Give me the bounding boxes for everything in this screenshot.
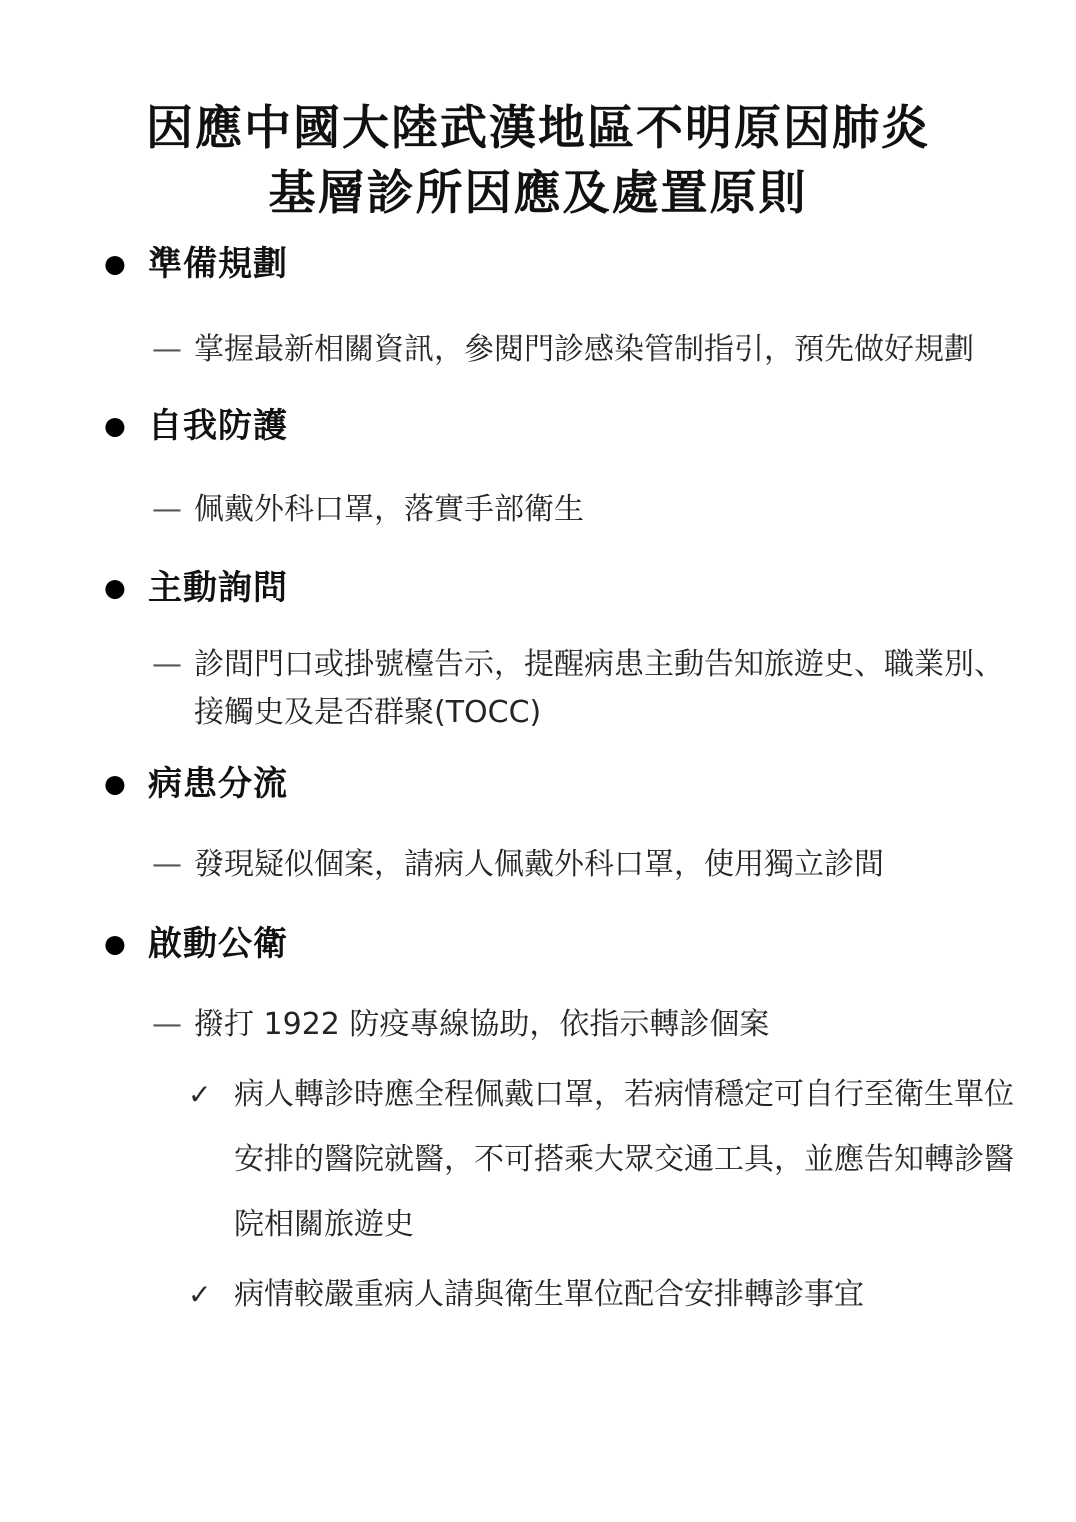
document-title-line-1: 因應中國大陸武漢地區不明原因肺炎: [0, 96, 1076, 161]
section-heading-label: 啟動公衛: [148, 921, 288, 967]
check-item-text: 病情較嚴重病人請與衛生單位配合安排轉診事宜: [234, 1262, 864, 1327]
section-heading-patient-triage: ● 病患分流: [0, 761, 1076, 807]
bullet-icon: ●: [104, 403, 148, 449]
section-heading-preparation: ● 準備規劃: [0, 241, 1076, 287]
dash-icon: —: [152, 326, 194, 374]
section-heading-self-protection: ● 自我防護: [0, 403, 1076, 449]
check-list-item: ✓ 病情較嚴重病人請與衛生單位配合安排轉診事宜: [0, 1262, 1076, 1327]
text-line: 病情較嚴重病人請與衛生單位配合安排轉診事宜: [234, 1262, 864, 1327]
list-item: — 佩戴外科口罩，落實手部衛生: [0, 486, 1076, 534]
section-heading-label: 主動詢問: [148, 565, 288, 611]
text-line: 病人轉診時應全程佩戴口罩，若病情穩定可自行至衛生單位: [234, 1062, 1014, 1127]
checkmark-icon: ✓: [188, 1062, 234, 1257]
text-line: 院相關旅遊史: [234, 1192, 1014, 1257]
section-heading-active-inquiry: ● 主動詢問: [0, 565, 1076, 611]
bullet-icon: ●: [104, 761, 148, 807]
list-item-text: 撥打 1922 防疫專線協助，依指示轉診個案: [194, 1001, 769, 1049]
section-heading-label: 準備規劃: [148, 241, 288, 287]
text-line: 發現疑似個案，請病人佩戴外科口罩，使用獨立診間: [194, 841, 884, 889]
text-line: 掌握最新相關資訊，參閱門診感染管制指引，預先做好規劃: [194, 326, 974, 374]
text-line: 診間門口或掛號檯告示，提醒病患主動告知旅遊史、職業別、: [194, 641, 1004, 689]
check-list-item: ✓ 病人轉診時應全程佩戴口罩，若病情穩定可自行至衛生單位 安排的醫院就醫，不可搭…: [0, 1062, 1076, 1257]
bullet-icon: ●: [104, 565, 148, 611]
list-item-text: 佩戴外科口罩，落實手部衛生: [194, 486, 584, 534]
text-line: 佩戴外科口罩，落實手部衛生: [194, 486, 584, 534]
document-title: 因應中國大陸武漢地區不明原因肺炎 基層診所因應及處置原則: [0, 0, 1076, 226]
dash-icon: —: [152, 1001, 194, 1049]
dash-icon: —: [152, 641, 194, 737]
checkmark-icon: ✓: [188, 1262, 234, 1327]
document-title-line-2: 基層診所因應及處置原則: [0, 161, 1076, 226]
section-heading-label: 自我防護: [148, 403, 288, 449]
text-line: 接觸史及是否群聚(TOCC): [194, 689, 1004, 737]
document-page: 因應中國大陸武漢地區不明原因肺炎 基層診所因應及處置原則 ● 準備規劃 — 掌握…: [0, 0, 1076, 1522]
text-line: 安排的醫院就醫，不可搭乘大眾交通工具，並應告知轉診醫: [234, 1127, 1014, 1192]
dash-icon: —: [152, 486, 194, 534]
section-heading-public-health: ● 啟動公衛: [0, 921, 1076, 967]
list-item-text: 診間門口或掛號檯告示，提醒病患主動告知旅遊史、職業別、 接觸史及是否群聚(TOC…: [194, 641, 1004, 737]
list-item: — 撥打 1922 防疫專線協助，依指示轉診個案: [0, 1001, 1076, 1049]
bullet-icon: ●: [104, 921, 148, 967]
check-item-text: 病人轉診時應全程佩戴口罩，若病情穩定可自行至衛生單位 安排的醫院就醫，不可搭乘大…: [234, 1062, 1014, 1257]
list-item: — 掌握最新相關資訊，參閱門診感染管制指引，預先做好規劃: [0, 326, 1076, 374]
dash-icon: —: [152, 841, 194, 889]
list-item-text: 發現疑似個案，請病人佩戴外科口罩，使用獨立診間: [194, 841, 884, 889]
list-item-text: 掌握最新相關資訊，參閱門診感染管制指引，預先做好規劃: [194, 326, 974, 374]
list-item: — 發現疑似個案，請病人佩戴外科口罩，使用獨立診間: [0, 841, 1076, 889]
bullet-icon: ●: [104, 241, 148, 287]
section-heading-label: 病患分流: [148, 761, 288, 807]
text-line: 撥打 1922 防疫專線協助，依指示轉診個案: [194, 1001, 769, 1049]
list-item: — 診間門口或掛號檯告示，提醒病患主動告知旅遊史、職業別、 接觸史及是否群聚(T…: [0, 641, 1076, 737]
